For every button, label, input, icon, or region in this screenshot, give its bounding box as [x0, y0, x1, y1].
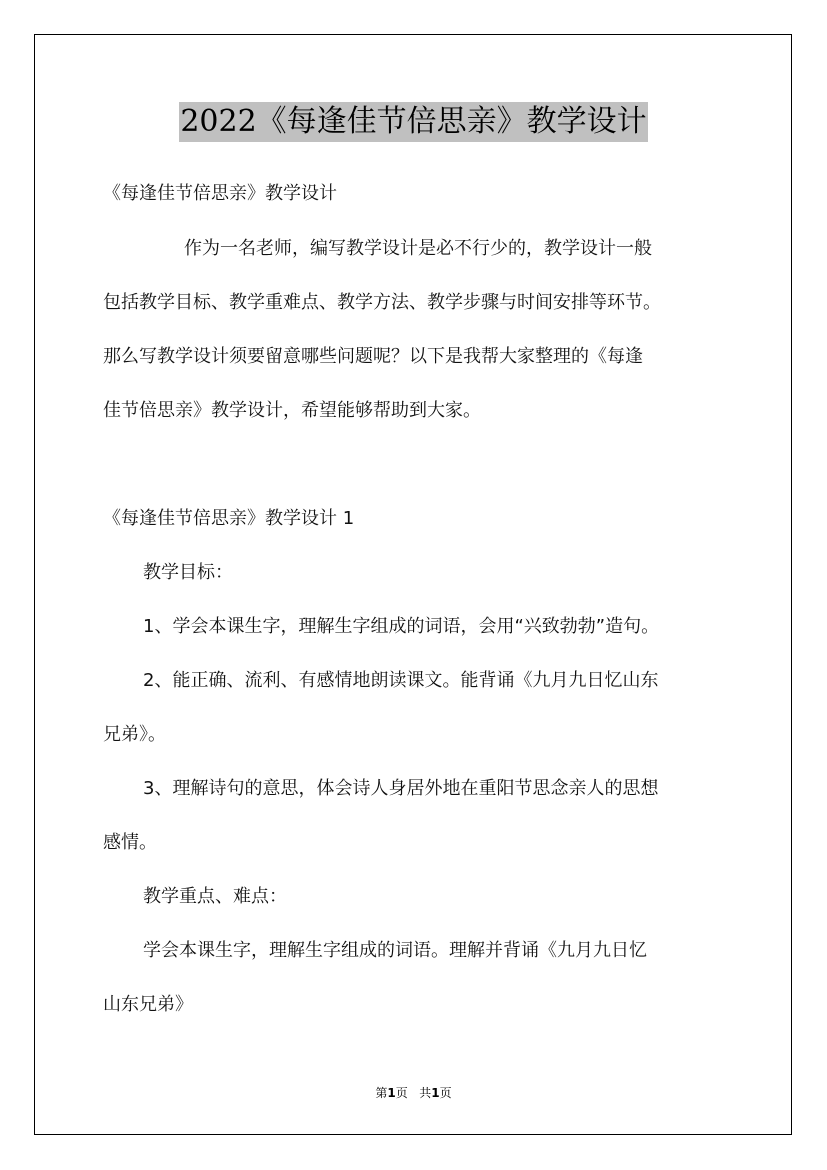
document-title: 2022《每逢佳节倍思亲》教学设计	[179, 102, 647, 142]
text-line: 教学重点、难点：	[143, 885, 287, 909]
page-suffix: 页	[396, 1086, 408, 1100]
text-line: 感情。	[103, 831, 157, 855]
text-line: 3、理解诗句的意思，体会诗人身居外地在重阳节思念亲人的思想	[143, 777, 658, 801]
total-prefix: 共	[419, 1086, 431, 1100]
text-line: 学会本课生字，理解生字组成的词语。理解并背诵《九月九日忆	[143, 939, 647, 963]
text-line: 兄弟》。	[103, 723, 166, 747]
text-line: 《每逢佳节倍思亲》教学设计 1	[103, 507, 354, 531]
page-number: 1	[387, 1086, 395, 1100]
text-line: 2、能正确、流利、有感情地朗读课文。能背诵《九月九日忆山东	[143, 669, 658, 693]
text-line: 作为一名老师，编写教学设计是必不行少的，教学设计一般	[184, 237, 652, 261]
text-line: 佳节倍思亲》教学设计，希望能够帮助到大家。	[103, 399, 481, 423]
page-prefix: 第	[375, 1086, 387, 1100]
total-pages: 1	[431, 1086, 439, 1100]
text-line: 包括教学目标、教学重难点、教学方法、教学步骤与时间安排等环节。	[103, 291, 661, 315]
page-footer: 第1页 共1页	[0, 1084, 827, 1101]
text-line: 教学目标：	[143, 561, 233, 585]
text-line: 山东兄弟》	[103, 993, 193, 1017]
total-suffix: 页	[440, 1086, 452, 1100]
text-line: 1、学会本课生字，理解生字组成的词语，会用“兴致勃勃”造句。	[143, 615, 659, 639]
text-line: 《每逢佳节倍思亲》教学设计	[103, 182, 337, 206]
text-line: 那么写教学设计须要留意哪些问题呢？以下是我帮大家整理的《每逢	[103, 345, 643, 369]
title-container: 2022《每逢佳节倍思亲》教学设计	[0, 102, 827, 142]
